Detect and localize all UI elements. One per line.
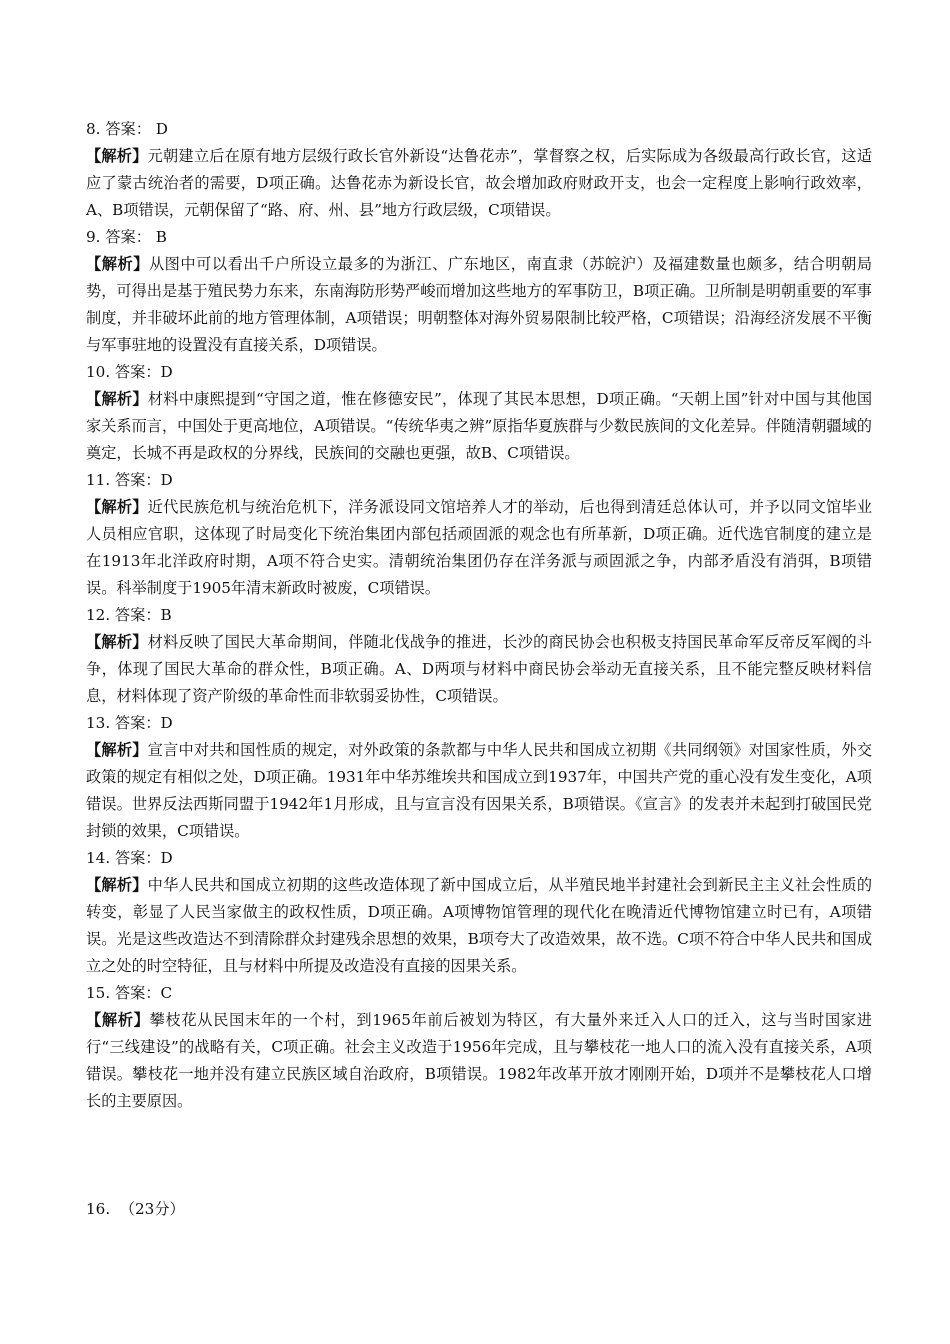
answer-line: 11. 答案：D bbox=[86, 467, 872, 494]
analysis-tag: 【解析】 bbox=[86, 633, 148, 651]
answer-line: 12. 答案：B bbox=[86, 602, 872, 629]
answer-block-8: 8. 答案： D 【解析】元朝建立后在原有地方层级行政长官外新设“达鲁花赤”，掌… bbox=[86, 116, 872, 224]
analysis-paragraph: 【解析】材料反映了国民大革命期间，伴随北伐战争的推进，长沙的商民协会也积极支持国… bbox=[86, 629, 872, 710]
answer-block-15: 15. 答案：C 【解析】攀枝花从民国末年的一个村，到1965年前后被划为特区，… bbox=[86, 980, 872, 1115]
analysis-text: 材料中康熙提到“守国之道，惟在修德安民”，体现了其民本思想，D项正确。“天朝上国… bbox=[86, 390, 872, 462]
answer-document: 8. 答案： D 【解析】元朝建立后在原有地方层级行政长官外新设“达鲁花赤”，掌… bbox=[86, 116, 872, 1223]
answer-block-12: 12. 答案：B 【解析】材料反映了国民大革命期间，伴随北伐战争的推进，长沙的商… bbox=[86, 602, 872, 710]
analysis-tag: 【解析】 bbox=[86, 390, 148, 408]
analysis-tag: 【解析】 bbox=[86, 498, 148, 516]
analysis-tag: 【解析】 bbox=[86, 741, 148, 759]
analysis-tag: 【解析】 bbox=[86, 1011, 150, 1029]
analysis-text: 元朝建立后在原有地方层级行政长官外新设“达鲁花赤”，掌督察之权，后实际成为各级最… bbox=[86, 147, 872, 219]
analysis-text: 攀枝花从民国末年的一个村，到1965年前后被划为特区，有大量外来迁入人口的迁入，… bbox=[86, 1011, 872, 1110]
answer-block-14: 14. 答案：D 【解析】中华人民共和国成立初期的这些改造体现了新中国成立后，从… bbox=[86, 845, 872, 980]
analysis-paragraph: 【解析】中华人民共和国成立初期的这些改造体现了新中国成立后，从半殖民地半封建社会… bbox=[86, 872, 872, 980]
analysis-paragraph: 【解析】攀枝花从民国末年的一个村，到1965年前后被划为特区，有大量外来迁入人口… bbox=[86, 1007, 872, 1115]
answer-line: 15. 答案：C bbox=[86, 980, 872, 1007]
answer-line: 9. 答案： B bbox=[86, 224, 872, 251]
analysis-tag: 【解析】 bbox=[86, 147, 148, 165]
analysis-text: 材料反映了国民大革命期间，伴随北伐战争的推进，长沙的商民协会也积极支持国民革命军… bbox=[86, 633, 872, 705]
analysis-paragraph: 【解析】元朝建立后在原有地方层级行政长官外新设“达鲁花赤”，掌督察之权，后实际成… bbox=[86, 143, 872, 224]
analysis-text: 中华人民共和国成立初期的这些改造体现了新中国成立后，从半殖民地半封建社会到新民主… bbox=[86, 876, 872, 975]
analysis-paragraph: 【解析】近代民族危机与统治危机下，洋务派设同文馆培养人才的举动，后也得到清廷总体… bbox=[86, 494, 872, 602]
answer-block-10: 10. 答案：D 【解析】材料中康熙提到“守国之道，惟在修德安民”，体现了其民本… bbox=[86, 359, 872, 467]
answer-line: 10. 答案：D bbox=[86, 359, 872, 386]
analysis-text: 从图中可以看出千户所设立最多的为浙江、广东地区，南直隶（苏皖沪）及福建数量也颇多… bbox=[86, 255, 872, 354]
analysis-text: 宣言中对共和国性质的规定，对外政策的条款都与中华人民共和国成立初期《共同纲领》对… bbox=[86, 741, 872, 840]
analysis-paragraph: 【解析】宣言中对共和国性质的规定，对外政策的条款都与中华人民共和国成立初期《共同… bbox=[86, 737, 872, 845]
answer-block-9: 9. 答案： B 【解析】从图中可以看出千户所设立最多的为浙江、广东地区，南直隶… bbox=[86, 224, 872, 359]
analysis-paragraph: 【解析】材料中康熙提到“守国之道，惟在修德安民”，体现了其民本思想，D项正确。“… bbox=[86, 386, 872, 467]
analysis-tag: 【解析】 bbox=[86, 876, 148, 894]
answer-block-11: 11. 答案：D 【解析】近代民族危机与统治危机下，洋务派设同文馆培养人才的举动… bbox=[86, 467, 872, 602]
answer-line: 8. 答案： D bbox=[86, 116, 872, 143]
analysis-tag: 【解析】 bbox=[86, 255, 149, 273]
answer-block-13: 13. 答案：D 【解析】宣言中对共和国性质的规定，对外政策的条款都与中华人民共… bbox=[86, 710, 872, 845]
analysis-paragraph: 【解析】从图中可以看出千户所设立最多的为浙江、广东地区，南直隶（苏皖沪）及福建数… bbox=[86, 251, 872, 359]
spacer bbox=[86, 1115, 872, 1196]
answer-line: 13. 答案：D bbox=[86, 710, 872, 737]
answer-line: 14. 答案：D bbox=[86, 845, 872, 872]
analysis-text: 近代民族危机与统治危机下，洋务派设同文馆培养人才的举动，后也得到清廷总体认可，并… bbox=[86, 498, 872, 597]
next-question-heading: 16. （23分） bbox=[86, 1196, 872, 1223]
